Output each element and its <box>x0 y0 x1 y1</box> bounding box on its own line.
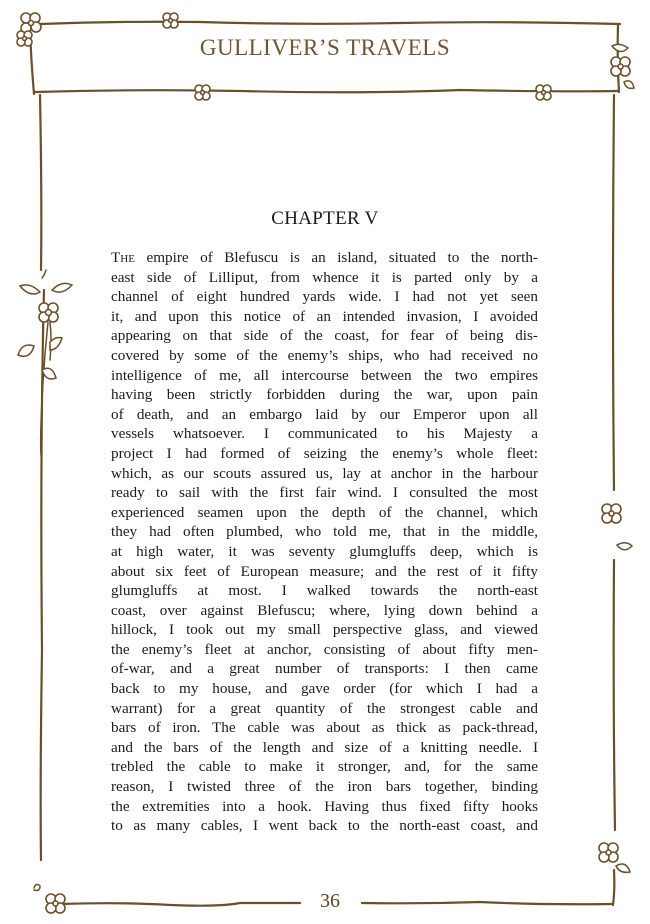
text-line: trebled the cable to make it stronger, a… <box>111 757 538 777</box>
text-line: having been strictly forbidden during th… <box>111 385 538 405</box>
text-line: the extremities into a hook. Having thus… <box>111 797 538 817</box>
chapter-title: CHAPTER V <box>110 208 540 230</box>
text-line: hillock, I took out my small perspective… <box>111 620 538 640</box>
chapter-body: The empire of Blefuscu is an island, sit… <box>111 248 538 836</box>
text-line: about six feet of European measure; and … <box>111 562 538 582</box>
text-line: east side of Lilliput, from whence it is… <box>111 268 538 288</box>
text-line: warrant) for a great quantity of the str… <box>111 699 538 719</box>
text-line: reason, I twisted three of the iron bars… <box>111 777 538 797</box>
running-title: GULLIVER’S TRAVELS <box>40 8 610 88</box>
text-line: bars of iron. The cable was about as thi… <box>111 718 538 738</box>
drop-word: The <box>111 249 135 266</box>
text-line: to as many cables, I went back to the no… <box>111 816 538 836</box>
text-line: appearing on that side of the coast, for… <box>111 326 538 346</box>
text-line: of death, and an embargo laid by our Emp… <box>111 405 538 425</box>
text-line: they had often plumbed, who told me, tha… <box>111 522 538 542</box>
text-line: project I had formed of seizing the enem… <box>111 444 538 464</box>
text-line: the enemy’s fleet at anchor, consisting … <box>111 640 538 660</box>
text-line: which, as our scouts assured us, lay at … <box>111 464 538 484</box>
text-line: channel of eight hundred yards wide. I h… <box>111 287 538 307</box>
text-line: back to my house, and gave order (for wh… <box>111 679 538 699</box>
text-line: coast, over against Blefuscu; where, lyi… <box>111 601 538 621</box>
page-number: 36 <box>305 890 355 913</box>
text-line: at high water, it was seventy glumgluffs… <box>111 542 538 562</box>
text-line: vessels whatsoever. I communicated to hi… <box>111 424 538 444</box>
text-line: covered by some of the enemy’s ships, wh… <box>111 346 538 366</box>
text-line: experienced seamen upon the depth of the… <box>111 503 538 523</box>
text-line: and the bars of the length and size of a… <box>111 738 538 758</box>
text-line: glumgluffs at most. I walked towards the… <box>111 581 538 601</box>
text-line: ready to sail with the first fair wind. … <box>111 483 538 503</box>
text-line: The empire of Blefuscu is an island, sit… <box>111 248 538 268</box>
text-line: intelligence of me, all intercourse betw… <box>111 366 538 386</box>
text-line: it, and upon this notice of an intended … <box>111 307 538 327</box>
text-line: of-war, and a great number of transports… <box>111 659 538 679</box>
